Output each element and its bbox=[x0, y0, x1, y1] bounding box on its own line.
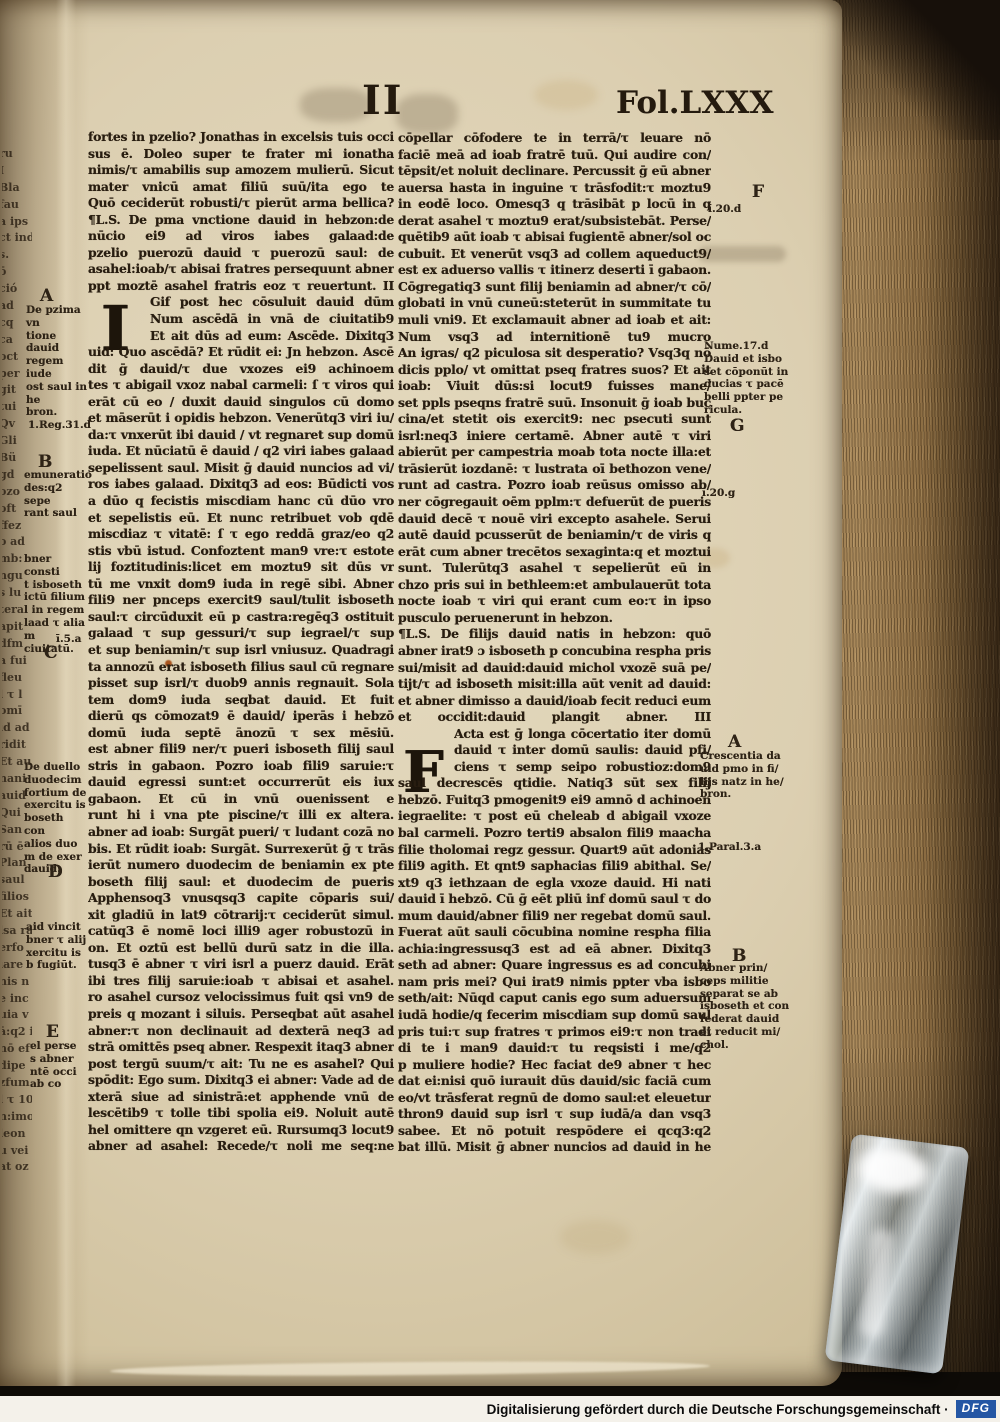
text-line: tes τ abigail vxoz nabal carmeli: ſ τ vi… bbox=[88, 377, 394, 394]
text-line: miscdiaz τ vitatē: ſ τ ego reddā graz/eo… bbox=[88, 526, 394, 543]
gutter-fragment: iare bbox=[2, 957, 29, 974]
gutter-fragment: ru bbox=[2, 146, 29, 163]
gutter-fragment: nō ef bbox=[2, 1041, 29, 1058]
text-line: pusculo peruenerunt in hebzon. bbox=[398, 610, 711, 627]
text-line: et māserūt i opidis hebzon. Venerūtq3 vi… bbox=[88, 410, 394, 427]
text-line: saul:τ circūduxit eū p castra:regēq3 ost… bbox=[88, 609, 394, 626]
margin-letter-a: A bbox=[40, 288, 53, 305]
text-line: achia:ingressusq3 est ad eā abner. Dixit… bbox=[398, 941, 711, 958]
running-head-book-number: II bbox=[362, 80, 403, 122]
text-line: erāt cū eo / duxit dauid singulos cū dom… bbox=[88, 394, 394, 411]
text-line: stris in gabaon. Pozro ioab fili9 saruie… bbox=[88, 758, 394, 775]
gutter-fragment: ad bbox=[2, 298, 29, 315]
text-line: on. Et oztū est bellū durū satz in die i… bbox=[88, 940, 394, 957]
gutter-fragment: fleu bbox=[2, 670, 29, 687]
text-line: derat asahel τ moztu9 erat/subsistebāt. … bbox=[398, 213, 711, 230]
margin-letter-d: D bbox=[48, 864, 63, 881]
text-line: p muliere hodie? Hec faciat de9 abner τ … bbox=[398, 1057, 711, 1074]
text-line: tēpsit/et noluit declinare. Percussit ḡ … bbox=[398, 163, 711, 180]
gutter-fragment: id ad bbox=[2, 720, 29, 737]
text-line: eo/vt trāsferat regnū de domo saul:et el… bbox=[398, 1090, 711, 1107]
gutter-fragment: filios bbox=[2, 889, 29, 906]
margin-note: De duello duodecim fortium de exercitu i… bbox=[24, 761, 88, 876]
text-line: ro asahel cursoz velocissimus fuit qsi v… bbox=[88, 989, 394, 1006]
margin-note: Crescentia da uid pmo in fi/ lijs natz i… bbox=[700, 750, 796, 801]
text-line: asahel:ioab/τ abisai fratres persequunt … bbox=[88, 261, 394, 278]
page-stain bbox=[560, 1220, 630, 1254]
text-line: Cōgregatiq3 sunt filij beniamin ad abner… bbox=[398, 279, 711, 296]
text-line: ioab: Viuit dūs:si locut9 fuisses mane/ … bbox=[398, 378, 711, 395]
text-line: domū iuda septē ānozū τ sex mēsiū. Egres… bbox=[88, 725, 394, 742]
text-line: erāt cum abner trecētos sexaginta:q et m… bbox=[398, 544, 711, 561]
text-line: An igras/ q2 piculosa sit desperatio? Vs… bbox=[398, 345, 711, 362]
book-scan: ruIBlafaua ipsct inds.ōcióadcqcaoctpergi… bbox=[0, 0, 1000, 1422]
margin-letter-a: A bbox=[728, 734, 741, 751]
margin-letter-f: F bbox=[752, 184, 764, 201]
gutter-fragment: a ips bbox=[2, 214, 29, 231]
text-line: tem dom9 iuda seqbat dauid. Et fuit nume… bbox=[88, 692, 394, 709]
margin-reference: 1.Paral.3.a bbox=[698, 841, 761, 854]
gutter-fragment: Gli bbox=[2, 433, 29, 450]
page-stain bbox=[534, 80, 598, 110]
text-line: abierūt per campestria moab tota nocte i… bbox=[398, 444, 711, 461]
text-line: nam pris mei? Qui irat9 nimis ppter vba … bbox=[398, 974, 711, 991]
gutter-fragment: Qv bbox=[2, 416, 29, 433]
margin-reference: ī.5.a bbox=[56, 633, 81, 646]
text-line: ros iabes galaad. Dixitq3 ad eos: Būdict… bbox=[88, 476, 394, 493]
gutter-fragment: oct bbox=[2, 349, 29, 366]
gutter-fragment: git bbox=[2, 382, 29, 399]
text-line: est abner fili9 ner/τ pueri isboseth fil… bbox=[88, 741, 394, 758]
text-line: hel omittere qn vzgeret eū. Rursumq3 loc… bbox=[88, 1122, 394, 1139]
gutter-fragment: l τ l bbox=[2, 687, 29, 704]
text-line: mum dauid/abner fili9 ner regebat domū s… bbox=[398, 908, 711, 925]
text-line: sabee. Et nō potuit respōdere ei qcq3:q2… bbox=[398, 1123, 711, 1140]
text-line: dauid egressi sunt:et occurrerūt eis iux… bbox=[88, 774, 394, 791]
text-line: set ppls pseqns fratrē suū. Insonuit ḡ i… bbox=[398, 395, 711, 412]
gutter-fragment: ā:q2 ib bbox=[2, 1024, 29, 1041]
gutter-text-fragments: ruIBlafaua ipsct inds.ōcióadcqcaoctpergi… bbox=[2, 146, 32, 1176]
gutter-fragment: Bü bbox=[2, 450, 29, 467]
text-line: sepelissent saul. Misit ḡ dauid nuncios … bbox=[88, 460, 394, 477]
text-column-left: fortes in pzelio? Jonathas in excelsis t… bbox=[88, 129, 394, 1155]
text-line: fortes in pzelio? Jonathas in excelsis t… bbox=[88, 129, 394, 146]
text-line: thron9 dauid sup isrl τ sup iudā/a dan v… bbox=[398, 1106, 711, 1123]
text-line: dicis pplo/ vt omittat pseq fratres suos… bbox=[398, 362, 711, 379]
text-line: di te i man9 dauid:τ tu reqsisti i me/q2… bbox=[398, 1040, 711, 1057]
text-line: dierū qs cōmozat9 ē dauid/ iperās i hebz… bbox=[88, 708, 394, 725]
text-line: seth ad abner: Quare ingressus es ad con… bbox=[398, 957, 711, 974]
gutter-fragment: Et ait bbox=[2, 906, 29, 923]
margin-reference: ī.20.g bbox=[702, 487, 735, 500]
credit-text: Digitalisierung gefördert durch die Deut… bbox=[487, 1402, 949, 1417]
text-line: Et ait dūs ad eum: Ascēde. Dixitq3 da/ bbox=[150, 328, 394, 345]
book-page: ruIBlafaua ipsct inds.ōcióadcqcaoctpergi… bbox=[0, 0, 842, 1386]
margin-note: Nume.17.d Dauid et isbo set cōponūt in d… bbox=[704, 340, 796, 417]
text-line: nimis/τ amabilis sup amozem mulierū. Sic… bbox=[88, 162, 394, 179]
text-line: pris tui:τ sup fratres τ primos ei9:τ no… bbox=[398, 1024, 711, 1041]
gutter-fragment: ció bbox=[2, 281, 29, 298]
text-line: ierūt numero duodecim de beniamin ex pte… bbox=[88, 857, 394, 874]
gutter-fragment: ō bbox=[2, 264, 29, 281]
gutter-fragment: tui bbox=[2, 399, 29, 416]
gutter-fragment: ca bbox=[2, 332, 29, 349]
text-line: fili9 ner pnceps exercit9 saul/tulit isb… bbox=[88, 592, 394, 609]
text-line: runt ad castra. Pozro ioab reūsus omisso… bbox=[398, 477, 711, 494]
text-line: dauid ī hebzō. Cū ḡ eēt pliū inf domū sa… bbox=[398, 891, 711, 908]
page-crease bbox=[56, 0, 76, 1386]
margin-note: Abner prin/ ceps militie separat se ab i… bbox=[700, 962, 796, 1052]
digitization-credit-bar: Digitalisierung gefördert durch die Deut… bbox=[0, 1396, 1000, 1422]
gutter-fragment: n:imo bbox=[2, 1109, 29, 1126]
gutter-fragment: u vei bbox=[2, 1143, 29, 1160]
text-line: preis q mozant i siluis. Perseqbat aūt a… bbox=[88, 1006, 394, 1023]
text-line: boseth filij saul: et duodecim de pueris… bbox=[88, 874, 394, 891]
gutter-fragment: Bla bbox=[2, 180, 29, 197]
text-line: cōpellar cōfodere te in terrā/τ leuare n… bbox=[398, 130, 711, 147]
gutter-fragment: uia v bbox=[2, 1007, 29, 1024]
text-line: auersa hasta in inguine τ trāsfodit:τ mo… bbox=[398, 180, 711, 197]
gutter-fragment: l τ 10 bbox=[2, 1092, 29, 1109]
text-line: Acta est ḡ longa cōcertatio iter domū bbox=[454, 726, 711, 743]
text-line: in eodē loco. Omesq3 q trāsibāt p locū i… bbox=[398, 196, 711, 213]
text-line: iegraelite: τ post eū cheleab d abigail … bbox=[398, 808, 711, 825]
text-line: catūq3 ē nomē loci illi9 ager robustozū … bbox=[88, 923, 394, 940]
text-line: xterā siue ad sinistrā:et apphende vnū d… bbox=[88, 1089, 394, 1106]
text-line: sui/misit ad dauid:dauid michol vxozē su… bbox=[398, 660, 711, 677]
text-line: xit gladiū in lat9 cōtrarij:τ ceciderūt … bbox=[88, 907, 394, 924]
text-line: globati in vnū cuneū:steterūt in summita… bbox=[398, 295, 711, 312]
gutter-fragment: per bbox=[2, 366, 29, 383]
text-line: nūcio ei9 ad viros iabes galaad:de isbos… bbox=[88, 228, 394, 245]
text-line: tijt/τ ad isboseth misit:illa aūt venit … bbox=[398, 676, 711, 693]
gutter-fragment: zfum bbox=[2, 1075, 29, 1092]
text-line: abner irat9 ɔ isboseth p concubina resph… bbox=[398, 643, 711, 660]
text-line: runt hi i vna pte piscine/τ illi ex alte… bbox=[88, 807, 394, 824]
text-line: ciens τ semp seipo robustioz:dom9 aūt bbox=[454, 759, 711, 776]
text-line: et sup beniamin/τ sup isrl vniusuz. Quad… bbox=[88, 642, 394, 659]
folio-number: Fol.LXXX bbox=[616, 86, 774, 120]
gutter-fragment: cq bbox=[2, 315, 29, 332]
text-line: cina/et stetit ois exercit9: nec psecuti… bbox=[398, 411, 711, 428]
text-line: ppt moztē asahel fratris eoz τ reuertunt… bbox=[88, 278, 394, 295]
gutter-fragment: erfo bbox=[2, 940, 29, 957]
text-line: nocte ioab τ viri qui erant cum eo:τ in … bbox=[398, 593, 711, 610]
corner-shadow bbox=[818, 0, 1000, 140]
text-line: est ex aduerso vallis τ itinerz deserti … bbox=[398, 262, 711, 279]
gutter-fragment: dipe bbox=[2, 1058, 29, 1075]
text-line: pzelio puerozū dauid τ puerozū saul: de … bbox=[88, 245, 394, 262]
text-line: Fuerat aūt sauli cōcubina nomine respha … bbox=[398, 924, 711, 941]
text-line: muli vni9. Et exclamauit abner ad ioab e… bbox=[398, 312, 711, 329]
text-line: et sepelistis eū. Et nunc retribuet vob … bbox=[88, 510, 394, 527]
text-line: Apphensoq3 vnusqsq3 capite cōparis sui/ … bbox=[88, 890, 394, 907]
text-line: isrl:neq3 iniere certamē. Abner autē τ v… bbox=[398, 428, 711, 445]
gutter-fragment: ridit bbox=[2, 737, 29, 754]
margin-note: De pzima vn tione dauid regem iude ost s… bbox=[26, 304, 88, 419]
text-line: sunt. Tulerūtq3 asahel τ sepelierūt eū i… bbox=[398, 560, 711, 577]
text-line: ¶L.S. De filijs dauid natis in hebzon: q… bbox=[398, 626, 711, 643]
gutter-fragment: ct ind bbox=[2, 230, 29, 247]
text-line: autē dauid pcusserūt de beniamin/τ de vi… bbox=[398, 527, 711, 544]
text-line: abner ad asahel: Recede/τ noli me seq:ne… bbox=[88, 1138, 394, 1155]
gutter-fragment: fau bbox=[2, 197, 29, 214]
text-column-right: cōpellar cōfodere te in terrā/τ leuare n… bbox=[398, 130, 711, 1156]
text-line: bis. Et rūdit ioab: Surgāt. Surrexerūt ḡ… bbox=[88, 841, 394, 858]
text-line: dat ei:nisi quō iurauit dūs dauid/sic fa… bbox=[398, 1073, 711, 1090]
gutter-fragment: at oz bbox=[2, 1159, 29, 1176]
text-line: ¶L.S. De pma vnctione dauid in hebzon:de bbox=[88, 212, 394, 229]
text-line: saul decrescēs qtidie. Natiq3 sūt sex fi… bbox=[398, 775, 711, 792]
text-line: bat illū. Misit ḡ abner nuncios ad dauid… bbox=[398, 1139, 711, 1156]
gutter-fragment: I bbox=[2, 163, 29, 180]
text-line: tū me vnxit dom9 iuda in regē sibi. Abne… bbox=[88, 576, 394, 593]
dfg-logo: DFG bbox=[956, 1400, 996, 1418]
text-line: cubuit. Et venerūt vsq3 ad collem aquedu… bbox=[398, 246, 711, 263]
text-line: gabaon. Et cū in vnū ouenissent e regiōe… bbox=[88, 791, 394, 808]
text-line: xt9 q3 iethzaan de egla vxoze dauid. Hi … bbox=[398, 875, 711, 892]
gutter-fragment: omī bbox=[2, 703, 29, 720]
margin-letter-e: E bbox=[46, 1024, 59, 1041]
margin-letter-g: G bbox=[730, 418, 745, 435]
text-line: spōdit: Ego sum. Dixitq3 ei abner: Vade … bbox=[88, 1072, 394, 1089]
text-line: iudā hodie/q fecerim miscdiam sup domū s… bbox=[398, 1007, 711, 1024]
margin-letter-c: C bbox=[44, 645, 58, 662]
text-line: ner cōgregauit oēm pplm:τ defuerūt de pu… bbox=[398, 494, 711, 511]
text-line: dauid τ inter domū saulis: dauid pfi/ bbox=[454, 742, 711, 759]
margin-reference: 1.Reg.31.d bbox=[28, 419, 91, 432]
text-line: pisset sup isrl/τ duob9 annis regnauit. … bbox=[88, 675, 394, 692]
text-line: hebzō. Fuitq3 pmogenit9 ei9 amnō d achin… bbox=[398, 792, 711, 809]
text-line: et occidit:dauid plangit abner. III bbox=[398, 709, 711, 726]
text-line: mater vnicū amat filiū suū/ita ego te di… bbox=[88, 179, 394, 196]
gutter-fragment: nis n bbox=[2, 974, 29, 991]
margin-reference: ī.20.d bbox=[708, 203, 741, 216]
text-line: Quō ceciderūt robusti/τ pierūt arma bell… bbox=[88, 195, 394, 212]
text-line: Num vsq3 ad internitionē tu9 mucro deseu… bbox=[398, 329, 711, 346]
text-line: ibi tres filij saruie:ioab τ abisai et a… bbox=[88, 973, 394, 990]
text-line: a dūo q fecistis miscdiam hanc cū dūo vr… bbox=[88, 493, 394, 510]
text-line: trāsierūt iozdanē: τ lustrata oī bethozo… bbox=[398, 461, 711, 478]
margin-note: el perse s abner ntē occi ab co bbox=[30, 1040, 88, 1091]
margin-note: aid vincit bner τ alij xercitu is b fugi… bbox=[26, 921, 88, 972]
gutter-fragment: leon bbox=[2, 1126, 29, 1143]
text-line: quētib9 aūt ioab τ abisai fugientē abner… bbox=[398, 229, 711, 246]
text-line: lij foztitudinis:licet em moztu9 sit dūs… bbox=[88, 559, 394, 576]
text-line: faciē meā ad ioab fratrē tuū. Qui audire… bbox=[398, 147, 711, 164]
text-line: strā omittēs pseq abner. Respexit itaq3 … bbox=[88, 1039, 394, 1056]
text-line: sus ē. Doleo super te frater mi ionatha … bbox=[88, 146, 394, 163]
gutter-fragment: o ad bbox=[2, 534, 29, 551]
text-line: Gif post hec cōsuluit dauid dūm dicēs: bbox=[150, 294, 394, 311]
margin-note: emuneratio des:q2 sepe rant saul bbox=[24, 469, 88, 520]
text-line: ta annozū erat isboseth filius saul cū r… bbox=[88, 659, 394, 676]
text-line: stis vbū istud. Confoztent man9 vre:τ es… bbox=[88, 543, 394, 560]
text-line: lescētib9 τ tolle tibi spolia ei9. Nolui… bbox=[88, 1105, 394, 1122]
text-line: bal carmeli. Pozro terti9 absalon fili9 … bbox=[398, 825, 711, 842]
text-line: et abner dimisso a dauid/ioab fecit redu… bbox=[398, 693, 711, 710]
text-line: uid: Quo ascēdā? Et rūdit ei: Jn hebzon.… bbox=[88, 344, 394, 361]
ink-showthrough bbox=[698, 246, 786, 262]
text-line: filie tholomai regz gessur. Quart9 aūt a… bbox=[398, 842, 711, 859]
text-line: galaad τ sup gessuri/τ sup iegrael/τ sup… bbox=[88, 625, 394, 642]
text-line: dit ḡ dauid/τ due vxozes ei9 achinoem ie… bbox=[88, 361, 394, 378]
text-line: da:τ vnxerūt ibi dauid / vt regnaret sup… bbox=[88, 427, 394, 444]
ink-showthrough bbox=[396, 94, 458, 134]
text-line: chzo pris sui in bethleem:et ambulauerūt… bbox=[398, 577, 711, 594]
text-line: abner:τ non declinauit ad dexterā neq3 a… bbox=[88, 1023, 394, 1040]
text-line: fili9 agith. Et qnt9 saphacias fili9 abi… bbox=[398, 858, 711, 875]
text-line: iuda. Et nūciatū ē dauid / q2 viri iabes… bbox=[88, 443, 394, 460]
text-line: seth/ait: Nūqd caput canis ego sum aduer… bbox=[398, 990, 711, 1007]
text-line: abner ad ioab: Surgāt pueri/ τ ludant co… bbox=[88, 824, 394, 841]
text-line: Num ascēdā in vnā de ciuitatib9 iuda? bbox=[150, 311, 394, 328]
gutter-fragment: lsa ra bbox=[2, 923, 29, 940]
text-line: tusq3 ē abner τ viri isrl a puerz dauid.… bbox=[88, 956, 394, 973]
text-line: dauid decē τ nouē viri excepto asahele. … bbox=[398, 511, 711, 528]
text-line: post tergū suum/τ ait: Tu ne es asahel? … bbox=[88, 1056, 394, 1073]
gutter-fragment: s. bbox=[2, 247, 29, 264]
gutter-fragment: e inc bbox=[2, 991, 29, 1008]
